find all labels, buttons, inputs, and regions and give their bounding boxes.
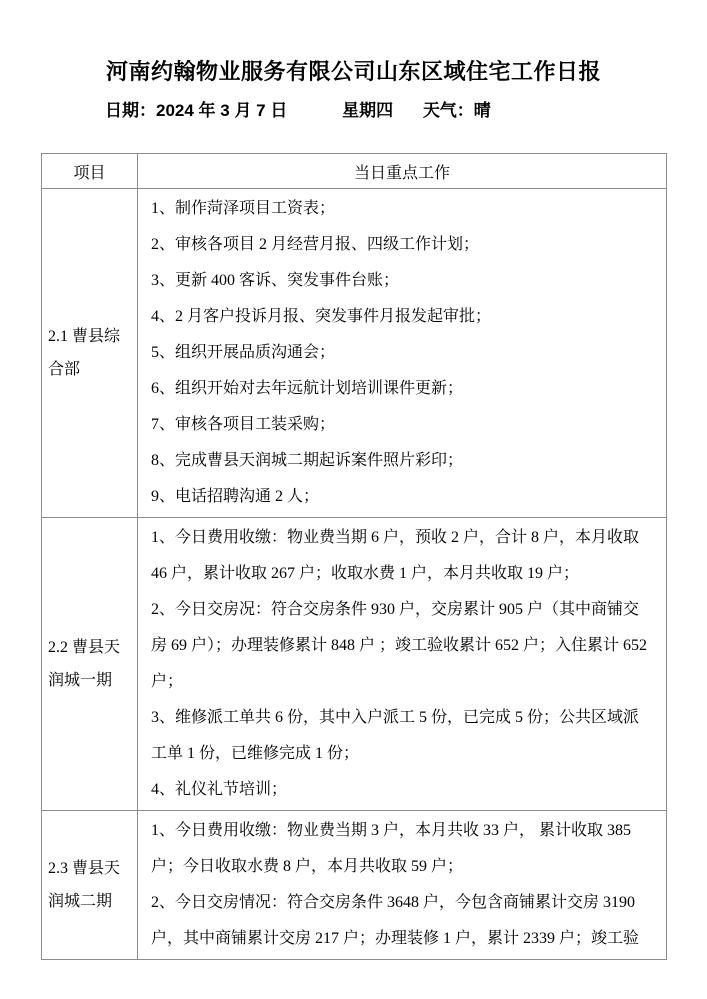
work-item: 9、电话招聘沟通 2 人；: [151, 479, 654, 515]
work-item: 7、审核各项目工装采购；: [151, 407, 654, 443]
work-item: 2、今日交房情况：符合交房条件 3648 户，今包含商铺累计交房 3190 户，…: [151, 885, 654, 957]
work-item: 2、审核各项目 2 月经营月报、四级工作计划；: [151, 227, 654, 263]
date-value: 日期：2024 年 3 月 7 日: [105, 101, 287, 120]
date-line: 日期：2024 年 3 月 7 日 星期四 天气：晴: [105, 100, 707, 122]
work-cell: 1、今日费用收缴：物业费当期 6 户，预收 2 户，合计 8 户，本月收取 46…: [138, 518, 667, 811]
table-header-row: 项目 当日重点工作: [42, 154, 667, 189]
project-cell: 2.2 曹县天润城一期: [42, 518, 138, 811]
work-item: 3、维修派工单共 6 份，其中入户派工 5 份，已完成 5 份；公共区域派工单 …: [151, 700, 654, 772]
project-cell: 2.3 曹县天润城二期: [42, 811, 138, 960]
work-item: 2、今日交房况：符合交房条件 930 户，交房累计 905 户（其中商铺交房 6…: [151, 592, 654, 700]
work-item: 5、组织开展品质沟通会；: [151, 335, 654, 371]
work-item: 8、完成曹县天润城二期起诉案件照片彩印；: [151, 443, 654, 479]
project-cell: 2.1 曹县综合部: [42, 189, 138, 518]
weather-value: 天气：晴: [423, 101, 491, 120]
work-cell: 1、制作菏泽项目工资表；2、审核各项目 2 月经营月报、四级工作计划；3、更新 …: [138, 189, 667, 518]
work-item: 1、今日费用收缴：物业费当期 6 户，预收 2 户，合计 8 户，本月收取 46…: [151, 520, 654, 592]
table-body: 2.1 曹县综合部1、制作菏泽项目工资表；2、审核各项目 2 月经营月报、四级工…: [42, 189, 667, 960]
work-cell: 1、今日费用收缴：物业费当期 3 户，本月共收 33 户， 累计收取 385 户…: [138, 811, 667, 960]
table-row: 2.2 曹县天润城一期1、今日费用收缴：物业费当期 6 户，预收 2 户，合计 …: [42, 518, 667, 811]
work-item: 1、今日费用收缴：物业费当期 3 户，本月共收 33 户， 累计收取 385 户…: [151, 813, 654, 885]
work-item: 6、组织开始对去年远航计划培训课件更新；: [151, 371, 654, 407]
page-title: 河南约翰物业服务有限公司山东区域住宅工作日报: [0, 58, 707, 86]
work-item: 4、礼仪礼节培训；: [151, 772, 654, 808]
work-column-header: 当日重点工作: [138, 154, 667, 189]
table-row: 2.3 曹县天润城二期1、今日费用收缴：物业费当期 3 户，本月共收 33 户，…: [42, 811, 667, 960]
table-row: 2.1 曹县综合部1、制作菏泽项目工资表；2、审核各项目 2 月经营月报、四级工…: [42, 189, 667, 518]
project-column-header: 项目: [42, 154, 138, 189]
work-item: 3、更新 400 客诉、突发事件台账；: [151, 263, 654, 299]
weekday-value: 星期四: [342, 101, 393, 120]
work-item: 4、2 月客户投诉月报、突发事件月报发起审批；: [151, 299, 654, 335]
document-page: 河南约翰物业服务有限公司山东区域住宅工作日报 日期：2024 年 3 月 7 日…: [0, 0, 707, 999]
work-item: 1、制作菏泽项目工资表；: [151, 191, 654, 227]
daily-report-table: 项目 当日重点工作 2.1 曹县综合部1、制作菏泽项目工资表；2、审核各项目 2…: [41, 153, 667, 960]
